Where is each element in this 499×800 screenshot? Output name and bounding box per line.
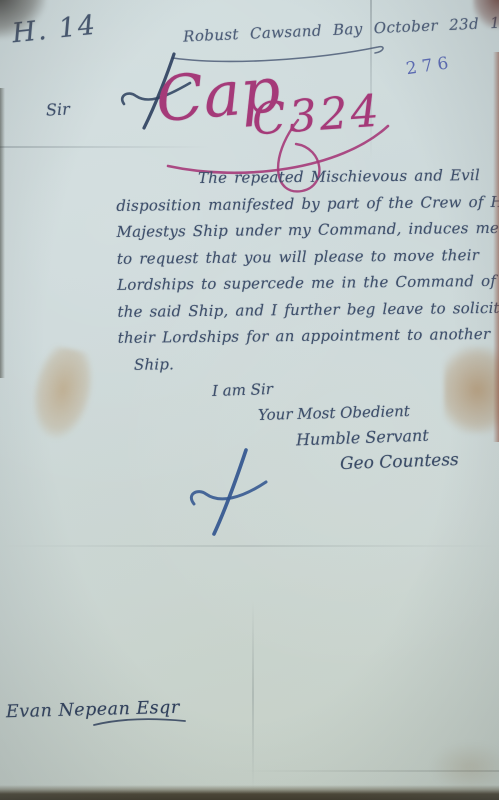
signature: Geo Countess — [340, 450, 459, 474]
body-line: Majestys Ship under my Command, induces … — [94, 215, 494, 246]
body-line: The repeated Mischievous and Evil — [94, 162, 494, 193]
fold-crease — [252, 600, 254, 790]
letter-body: The repeated Mischievous and Evil dispos… — [94, 162, 496, 378]
body-line: Ship. — [96, 347, 496, 378]
dateline: Robust Cawsand Bay October 23d 1800 — [183, 12, 499, 45]
body-line: the said Ship, and I further beg leave t… — [95, 294, 495, 325]
photo-edge-shadow — [0, 88, 5, 378]
closing-line: Humble Servant — [296, 426, 429, 450]
body-line: their Lordships for an appointment to an… — [96, 321, 496, 352]
closing-line: I am Sir — [212, 380, 273, 400]
salutation: Sir — [46, 99, 71, 119]
fold-crease — [0, 545, 499, 547]
fold-crease — [240, 770, 499, 772]
ink-cross-icon — [186, 448, 272, 536]
body-line: disposition manifested by part of the Cr… — [94, 188, 494, 219]
underline-flourish-icon — [92, 714, 188, 730]
body-line: Lordships to supercede me in the Command… — [95, 268, 495, 299]
photo-edge-shadow — [0, 785, 499, 800]
archive-mark: H. 14 — [11, 10, 99, 50]
paper-stain — [430, 742, 499, 792]
paper-stain — [24, 343, 100, 445]
body-line: to request that you will please to move … — [95, 241, 495, 272]
folio-number: 276 — [405, 53, 455, 79]
letter-photograph: H. 14 Robust Cawsand Bay October 23d 180… — [0, 0, 499, 800]
closing-line: Your Most Obedient — [258, 402, 410, 424]
